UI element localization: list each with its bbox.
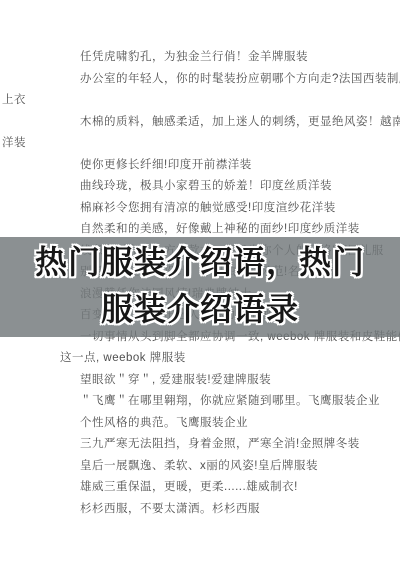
text-line: 棉麻衫令您拥有清凉的触觉感受!印度渲纱花洋装 (0, 198, 400, 220)
text-line: 曲线玲珑，极具小家碧玉的娇羞！印度丝质洋装 (0, 176, 400, 198)
page-title: 热门服装介绍语，热门 服装介绍语录 (0, 239, 400, 333)
text-line: 任凭虎啸豹孔，为独金兰行俏！金羊牌服装 (0, 47, 400, 69)
text-line: ＂飞鹰＂在哪里翱翔，你就应紧随到哪里。飞鹰服装企业 (0, 391, 400, 413)
text-line: 杉杉西服，不要太潇洒。杉杉西服 (0, 499, 400, 521)
text-line: 三九严寒无法阻挡，身着金照，严寒全消!金照牌冬装 (0, 434, 400, 456)
text-line: 洋装 (0, 133, 400, 155)
text-line: 皇后一展飘逸、柔软、x丽的风姿!皇后牌服装 (0, 456, 400, 478)
text-line: 雄威三重保温，更暖，更柔......雄威制衣! (0, 477, 400, 499)
text-line: 使你更修长纤细!印度开前襟洋装 (0, 155, 400, 177)
text-line: 个性风格的典范。飞鹰服装企业 (0, 413, 400, 435)
page-title-line1: 热门服装介绍语，热门 (0, 239, 400, 286)
page-title-line2: 服装介绍语录 (0, 286, 400, 333)
text-line: 这一点, weebok 牌服装 (0, 348, 400, 370)
text-line: 望眼欲＂穿＂, 爱建服装!爱建牌服装 (0, 370, 400, 392)
text-line: 木棉的质料，触感柔适，加上迷人的刺绣，更显绝风姿！越南刺绣 (0, 112, 400, 134)
text-line: 上衣 (0, 90, 400, 112)
text-line: 办公室的年轻人，你的时髦装扮应朝哪个方向走?法国西装制服 (0, 69, 400, 91)
document-page: 任凭虎啸豹孔，为独金兰行俏！金羊牌服装办公室的年轻人，你的时髦装扮应朝哪个方向走… (0, 0, 400, 566)
